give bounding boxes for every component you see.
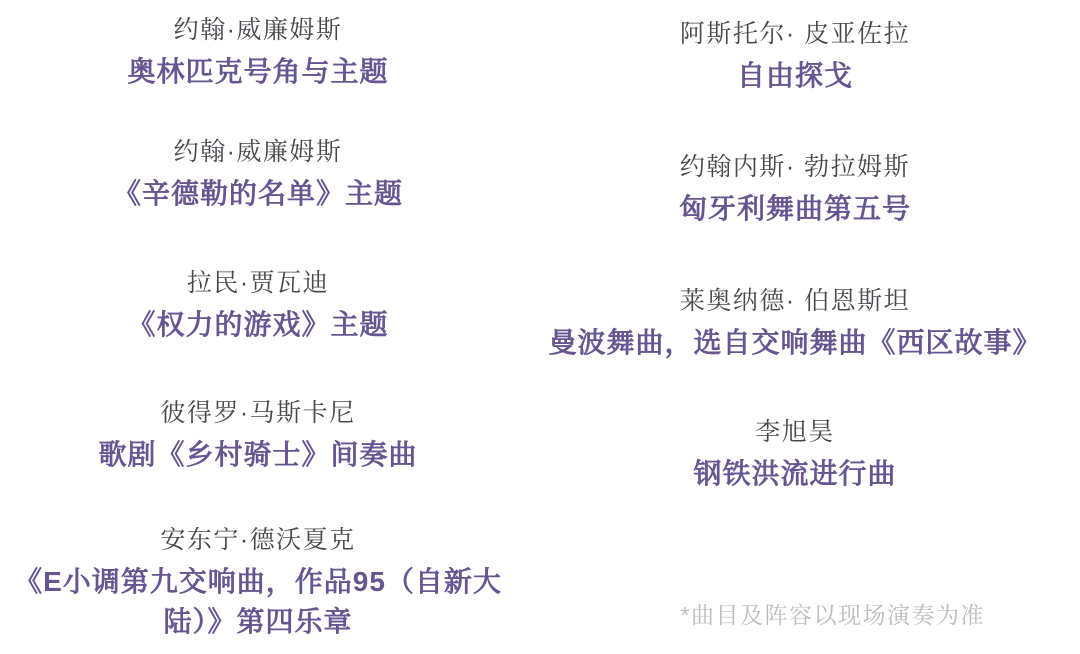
composer-name: 约翰·威廉姆斯 <box>8 13 508 47</box>
piece-title: 《E小调第九交响曲，作品95（自新大 陆）》第四乐章 <box>8 562 508 642</box>
composer-name: 李旭昊 <box>545 415 1045 449</box>
program-entry: 安东宁·德沃夏克 《E小调第九交响曲，作品95（自新大 陆）》第四乐章 <box>8 523 508 642</box>
composer-name: 阿斯托尔· 皮亚佐拉 <box>545 17 1045 51</box>
concert-program: 约翰·威廉姆斯 奥林匹克号角与主题 约翰·威廉姆斯 《辛德勒的名单》主题 拉民·… <box>0 0 1080 654</box>
program-column-right: 阿斯托尔· 皮亚佐拉 自由探戈 约翰内斯· 勃拉姆斯 匈牙利舞曲第五号 莱奥纳德… <box>545 0 1045 654</box>
program-column-left: 约翰·威廉姆斯 奥林匹克号角与主题 约翰·威廉姆斯 《辛德勒的名单》主题 拉民·… <box>8 0 508 654</box>
piece-title: 自由探戈 <box>545 56 1045 96</box>
composer-name: 安东宁·德沃夏克 <box>8 523 508 557</box>
composer-name: 莱奥纳德· 伯恩斯坦 <box>545 284 1045 318</box>
program-disclaimer: *曲目及阵容以现场演奏为准 <box>545 600 985 630</box>
program-entry: 约翰·威廉姆斯 《辛德勒的名单》主题 <box>8 135 508 214</box>
piece-title: 曼波舞曲，选自交响舞曲《西区故事》 <box>545 323 1045 363</box>
composer-name: 彼得罗·马斯卡尼 <box>8 396 508 430</box>
piece-title: 《权力的游戏》主题 <box>8 305 508 345</box>
program-entry: 李旭昊 钢铁洪流进行曲 <box>545 415 1045 494</box>
program-entry: 拉民·贾瓦迪 《权力的游戏》主题 <box>8 266 508 345</box>
piece-title: 《辛德勒的名单》主题 <box>8 174 508 214</box>
program-entry: 约翰·威廉姆斯 奥林匹克号角与主题 <box>8 13 508 92</box>
piece-title: 歌剧《乡村骑士》间奏曲 <box>8 435 508 475</box>
composer-name: 约翰内斯· 勃拉姆斯 <box>545 150 1045 184</box>
program-entry: 莱奥纳德· 伯恩斯坦 曼波舞曲，选自交响舞曲《西区故事》 <box>545 284 1045 363</box>
piece-title: 钢铁洪流进行曲 <box>545 454 1045 494</box>
program-entry: 阿斯托尔· 皮亚佐拉 自由探戈 <box>545 17 1045 96</box>
composer-name: 拉民·贾瓦迪 <box>8 266 508 300</box>
program-entry: 彼得罗·马斯卡尼 歌剧《乡村骑士》间奏曲 <box>8 396 508 475</box>
composer-name: 约翰·威廉姆斯 <box>8 135 508 169</box>
piece-title: 奥林匹克号角与主题 <box>8 52 508 92</box>
piece-title: 匈牙利舞曲第五号 <box>545 189 1045 229</box>
program-entry: 约翰内斯· 勃拉姆斯 匈牙利舞曲第五号 <box>545 150 1045 229</box>
